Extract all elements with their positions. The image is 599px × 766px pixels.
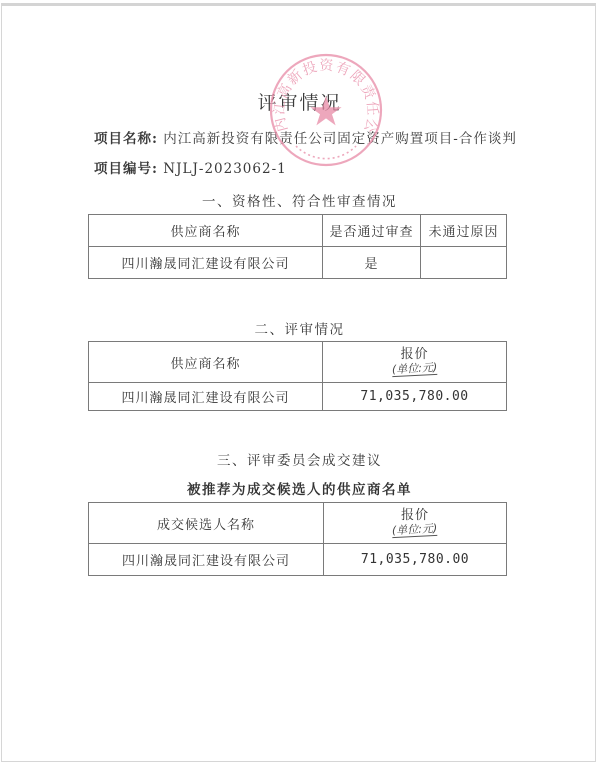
price-label: 报价	[401, 509, 429, 523]
price-label: 报价	[400, 348, 428, 362]
section3-title: 三、评审委员会成交建议	[0, 449, 599, 469]
price-unit-handwritten: (单位:元)	[392, 523, 438, 538]
header-supplier-name: 供应商名称	[89, 215, 323, 247]
cell-price: 71,035,780.00	[324, 544, 507, 576]
cell-supplier-name: 四川瀚晟同汇建设有限公司	[89, 247, 323, 279]
table-header-row: 成交候选人名称 报价 (单位:元)	[89, 503, 507, 544]
header-price: 报价 (单位:元)	[324, 503, 507, 544]
header-supplier-name: 供应商名称	[89, 342, 323, 383]
project-code-label: 项目编号:	[94, 161, 158, 177]
project-code-value: NJLJ-2023062-1	[163, 161, 286, 177]
qualification-review-table: 供应商名称 是否通过审查 未通过原因 四川瀚晟同汇建设有限公司 是	[88, 214, 507, 279]
cell-passed-review: 是	[323, 247, 421, 279]
header-passed-review: 是否通过审查	[323, 215, 421, 247]
section1-title: 一、资格性、符合性审查情况	[0, 190, 599, 210]
cell-candidate-name: 四川瀚晟同汇建设有限公司	[89, 544, 324, 576]
price-unit-handwritten: (单位:元)	[392, 362, 438, 377]
project-name-value: 内江高新投资有限责任公司固定资产购置项目-合作谈判	[163, 131, 517, 147]
header-fail-reason: 未通过原因	[421, 215, 507, 247]
section3-subtitle: 被推荐为成交候选人的供应商名单	[0, 478, 599, 498]
table-row: 四川瀚晟同汇建设有限公司 71,035,780.00	[89, 383, 507, 411]
table-row: 四川瀚晟同汇建设有限公司 71,035,780.00	[89, 544, 507, 576]
cell-supplier-name: 四川瀚晟同汇建设有限公司	[89, 383, 323, 411]
table-row: 四川瀚晟同汇建设有限公司 是	[89, 247, 507, 279]
document-title: 评审情况	[0, 88, 599, 115]
cell-fail-reason	[421, 247, 507, 279]
header-candidate-name: 成交候选人名称	[89, 503, 324, 544]
cell-price: 71,035,780.00	[323, 383, 507, 411]
section2-title: 二、评审情况	[0, 318, 599, 338]
header-price: 报价 (单位:元)	[323, 342, 507, 383]
project-name-line: 项目名称: 内江高新投资有限责任公司固定资产购置项目-合作谈判	[94, 127, 517, 147]
project-code-line: 项目编号: NJLJ-2023062-1	[94, 157, 287, 177]
recommendation-table: 成交候选人名称 报价 (单位:元) 四川瀚晟同汇建设有限公司 71,035,78…	[88, 502, 507, 576]
evaluation-table: 供应商名称 报价 (单位:元) 四川瀚晟同汇建设有限公司 71,035,780.…	[88, 341, 507, 411]
project-name-label: 项目名称:	[94, 131, 158, 147]
table-header-row: 供应商名称 是否通过审查 未通过原因	[89, 215, 507, 247]
table-header-row: 供应商名称 报价 (单位:元)	[89, 342, 507, 383]
